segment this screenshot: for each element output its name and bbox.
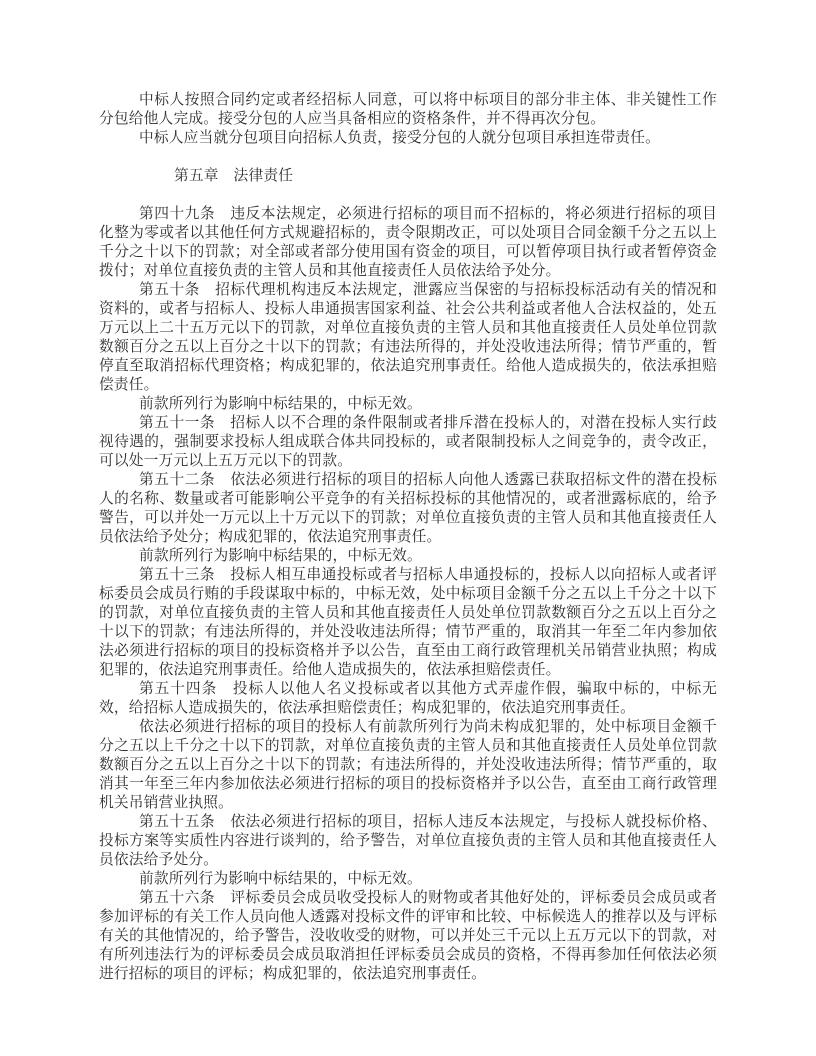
paragraph: 第五十二条 依法必须进行招标的项目的招标人向他人透露已获取招标文件的潜在投标人的…: [99, 471, 717, 547]
paragraph: 第五十六条 评标委员会成员收受投标人的财物或者其他好处的，评标委员会成员或者参加…: [99, 889, 717, 984]
paragraph: 第五十四条 投标人以他人名义投标或者以其他方式弄虚作假，骗取中标的，中标无效，给…: [99, 680, 717, 718]
paragraph: 第四十九条 违反本法规定，必须进行招标的项目而不招标的，将必须进行招标的项目化整…: [99, 205, 717, 281]
paragraph: 中标人按照合同约定或者经招标人同意，可以将中标项目的部分非主体、非关键性工作分包…: [99, 91, 717, 129]
paragraph: 第五十五条 依法必须进行招标的项目，招标人违反本法规定，与投标人就投标价格、投标…: [99, 813, 717, 870]
paragraph: 前款所列行为影响中标结果的，中标无效。: [99, 870, 717, 889]
paragraph: 依法必须进行招标的项目的投标人有前款所列行为尚未构成犯罪的，处中标项目金额千分之…: [99, 718, 717, 813]
document-body: 中标人按照合同约定或者经招标人同意，可以将中标项目的部分非主体、非关键性工作分包…: [99, 91, 717, 984]
document-page: 中标人按照合同约定或者经招标人同意，可以将中标项目的部分非主体、非关键性工作分包…: [0, 0, 816, 1056]
chapter-heading: 第五章 法律责任: [99, 167, 717, 186]
paragraph: 第五十条 招标代理机构违反本法规定，泄露应当保密的与招标投标活动有关的情况和资料…: [99, 281, 717, 395]
paragraph: 第五十三条 投标人相互串通投标或者与招标人串通投标的，投标人以向招标人或者评标委…: [99, 566, 717, 680]
paragraph: 第五十一条 招标人以不合理的条件限制或者排斥潜在投标人的，对潜在投标人实行歧视待…: [99, 414, 717, 471]
paragraph: 前款所列行为影响中标结果的，中标无效。: [99, 547, 717, 566]
paragraph: 前款所列行为影响中标结果的，中标无效。: [99, 395, 717, 414]
paragraph: 中标人应当就分包项目向招标人负责，接受分包的人就分包项目承担连带责任。: [99, 129, 717, 148]
